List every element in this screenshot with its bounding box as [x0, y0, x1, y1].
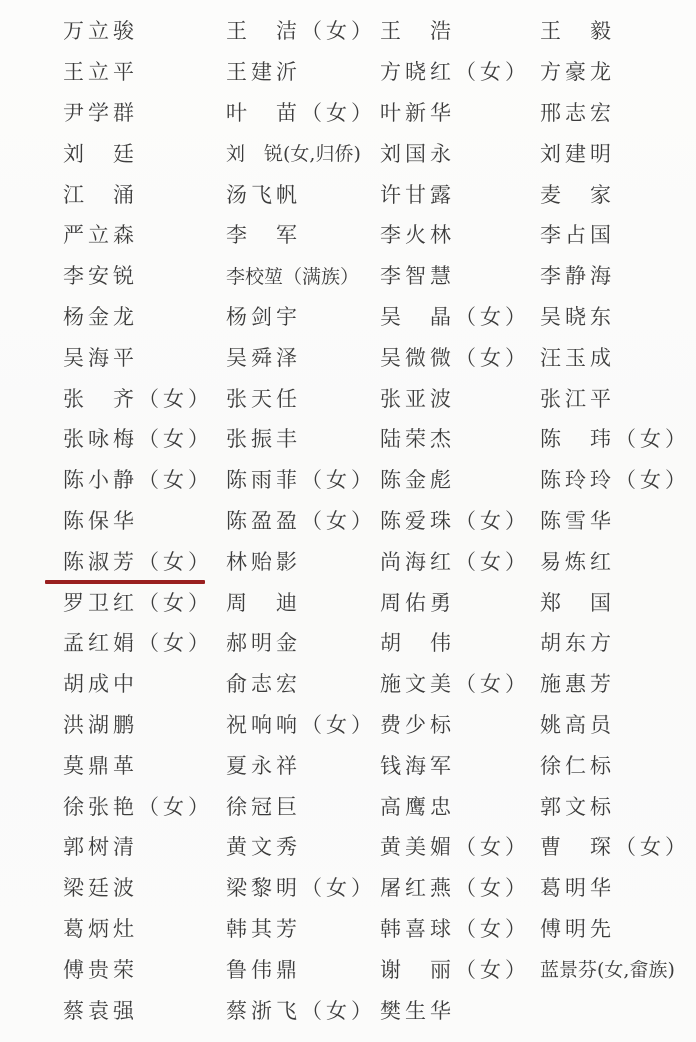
- name-cell: 陈保华: [63, 500, 226, 541]
- name-cell: 陆荣杰: [380, 418, 540, 459]
- name-cell: 姚高员: [540, 704, 696, 745]
- name-cell: 李安锐: [63, 255, 226, 296]
- name-cell: 汤飞帆: [226, 173, 380, 214]
- name-cell: 易炼红: [540, 540, 696, 581]
- name-cell: 陈小静（女）: [63, 459, 226, 500]
- name-cell: 麦 家: [540, 173, 696, 214]
- name-cell: 汪玉成: [540, 336, 696, 377]
- name-cell: 曹 琛（女）: [540, 826, 696, 867]
- name-cell: 邢志宏: [540, 92, 696, 133]
- name-cell: 徐仁标: [540, 744, 696, 785]
- name-cell: 孟红娟（女）: [63, 622, 226, 663]
- name-cell: 吴海平: [63, 336, 226, 377]
- name-cell: 祝响响（女）: [226, 704, 380, 745]
- document-page: 万立骏王 洁（女）王 浩王 毅王立平王建沂方晓红（女）方豪龙尹学群叶 苗（女）叶…: [0, 0, 696, 1042]
- name-cell: 李 军: [226, 214, 380, 255]
- name-cell: 林贻影: [226, 540, 380, 581]
- name-cell: 李火林: [380, 214, 540, 255]
- name-cell: 郝明金: [226, 622, 380, 663]
- name-cell: 张江平: [540, 377, 696, 418]
- name-cell: 胡成中: [63, 663, 226, 704]
- name-cell: 叶 苗（女）: [226, 92, 380, 133]
- name-cell: 王 洁（女）: [226, 10, 380, 51]
- name-cell: 王建沂: [226, 51, 380, 92]
- name-cell: 许甘露: [380, 173, 540, 214]
- name-cell: 胡 伟: [380, 622, 540, 663]
- name-cell: 陈金彪: [380, 459, 540, 500]
- name-cell: 陈爱珠（女）: [380, 500, 540, 541]
- name-cell: 莫鼎革: [63, 744, 226, 785]
- name-cell: 蓝景芬(女,畲族): [540, 948, 696, 989]
- name-cell: 蔡袁强: [63, 989, 226, 1030]
- name-cell: 傅贵荣: [63, 948, 226, 989]
- name-cell: 高鹰忠: [380, 785, 540, 826]
- name-cell: [540, 989, 696, 1030]
- name-cell: 陈雪华: [540, 500, 696, 541]
- name-cell: 郭树清: [63, 826, 226, 867]
- name-cell: 郑 国: [540, 581, 696, 622]
- name-cell: 尹学群: [63, 92, 226, 133]
- name-cell: 樊生华: [380, 989, 540, 1030]
- name-cell: 严立森: [63, 214, 226, 255]
- name-cell: 费少标: [380, 704, 540, 745]
- name-cell: 杨剑宇: [226, 296, 380, 337]
- name-cell: 张天任: [226, 377, 380, 418]
- name-cell: 梁廷波: [63, 867, 226, 908]
- name-cell: 吴微微（女）: [380, 336, 540, 377]
- name-cell: 黄文秀: [226, 826, 380, 867]
- name-cell: 屠红燕（女）: [380, 867, 540, 908]
- name-cell: 周佑勇: [380, 581, 540, 622]
- name-cell: 杨金龙: [63, 296, 226, 337]
- name-cell: 刘 锐(女,归侨): [226, 132, 380, 173]
- name-cell: 吴舜泽: [226, 336, 380, 377]
- name-cell: 李静海: [540, 255, 696, 296]
- name-cell: 葛明华: [540, 867, 696, 908]
- name-cell: 谢 丽（女）: [380, 948, 540, 989]
- name-cell: 王 毅: [540, 10, 696, 51]
- name-cell: 罗卫红（女）: [63, 581, 226, 622]
- name-cell: 鲁伟鼎: [226, 948, 380, 989]
- name-cell: 李智慧: [380, 255, 540, 296]
- name-cell: 黄美媚（女）: [380, 826, 540, 867]
- name-cell: 周 迪: [226, 581, 380, 622]
- name-cell: 葛炳灶: [63, 908, 226, 949]
- name-cell: 陈雨菲（女）: [226, 459, 380, 500]
- name-cell: 李占国: [540, 214, 696, 255]
- name-cell: 陈 玮（女）: [540, 418, 696, 459]
- name-cell: 俞志宏: [226, 663, 380, 704]
- name-cell: 施惠芳: [540, 663, 696, 704]
- name-cell: 张振丰: [226, 418, 380, 459]
- name-list: 万立骏王 洁（女）王 浩王 毅王立平王建沂方晓红（女）方豪龙尹学群叶 苗（女）叶…: [63, 10, 696, 1030]
- name-cell: 刘 廷: [63, 132, 226, 173]
- name-cell: 吴晓东: [540, 296, 696, 337]
- name-cell: 李校堃（满族）: [226, 255, 380, 296]
- name-cell: 方晓红（女）: [380, 51, 540, 92]
- name-cell: 陈盈盈（女）: [226, 500, 380, 541]
- name-cell: 叶新华: [380, 92, 540, 133]
- name-cell: 万立骏: [63, 10, 226, 51]
- name-cell: 刘国永: [380, 132, 540, 173]
- name-cell: 张咏梅（女）: [63, 418, 226, 459]
- name-cell: 洪湖鹏: [63, 704, 226, 745]
- name-cell: 徐冠巨: [226, 785, 380, 826]
- name-cell: 尚海红（女）: [380, 540, 540, 581]
- name-cell: 方豪龙: [540, 51, 696, 92]
- name-cell: 郭文标: [540, 785, 696, 826]
- name-cell: 吴 晶（女）: [380, 296, 540, 337]
- name-cell: 张亚波: [380, 377, 540, 418]
- name-cell: 刘建明: [540, 132, 696, 173]
- name-cell: 韩其芳: [226, 908, 380, 949]
- name-cell: 胡东方: [540, 622, 696, 663]
- name-cell: 夏永祥: [226, 744, 380, 785]
- name-cell: 韩喜球（女）: [380, 908, 540, 949]
- name-cell: 江 涌: [63, 173, 226, 214]
- name-cell: 王 浩: [380, 10, 540, 51]
- name-cell: 蔡浙飞（女）: [226, 989, 380, 1030]
- name-cell: 张 齐（女）: [63, 377, 226, 418]
- name-cell: 陈玲玲（女）: [540, 459, 696, 500]
- name-cell: 梁黎明（女）: [226, 867, 380, 908]
- name-cell: 陈淑芳（女）: [63, 540, 226, 581]
- name-cell: 施文美（女）: [380, 663, 540, 704]
- name-cell: 王立平: [63, 51, 226, 92]
- name-cell: 徐张艳（女）: [63, 785, 226, 826]
- name-cell: 钱海军: [380, 744, 540, 785]
- name-cell: 傅明先: [540, 908, 696, 949]
